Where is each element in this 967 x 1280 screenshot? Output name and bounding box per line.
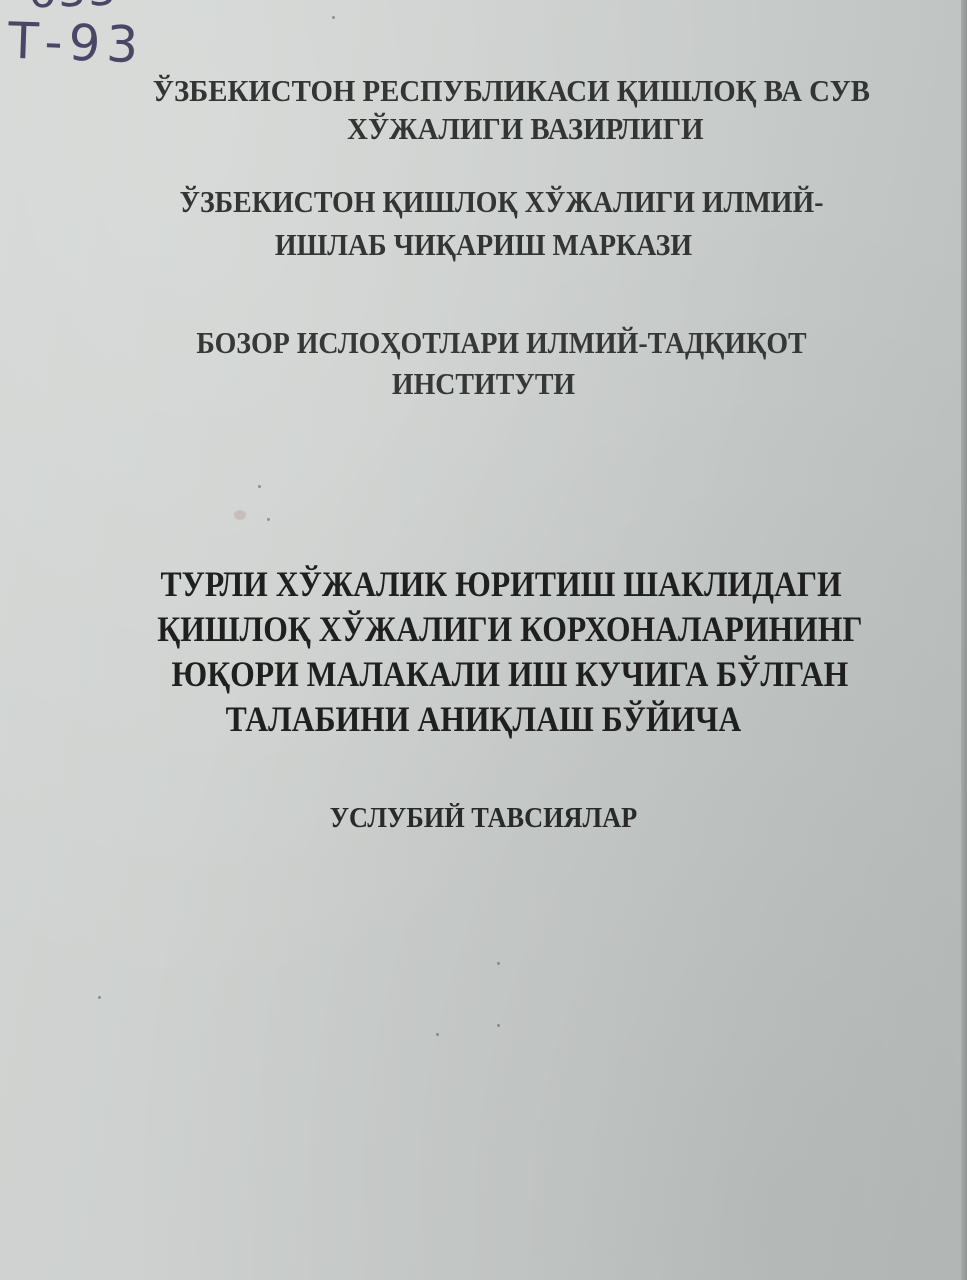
- center-line-1: ЎЗБЕКИСТОН ҚИШЛОҚ ХЎЖАЛИГИ ИЛМИЙ-: [48, 180, 918, 223]
- title-line-3: ЮҚОРИ МАЛАКАЛИ ИШ КУЧИГА БЎЛГАН: [58, 652, 909, 697]
- document-subtitle: УСЛУБИЙ ТАВСИЯЛАР: [29, 802, 938, 836]
- page-edge-shadow: [961, 0, 967, 1280]
- paper-speck: [258, 485, 261, 488]
- institute-line-2: ИНСТИТУТИ: [48, 363, 918, 404]
- ministry-heading: ЎЗБЕКИСТОН РЕСПУБЛИКАСИ ҚИШЛОҚ ВА СУВ ХЎ…: [34, 72, 933, 148]
- center-heading: ЎЗБЕКИСТОН ҚИШЛОҚ ХЎЖАЛИГИ ИЛМИЙ- ИШЛАБ …: [48, 180, 918, 266]
- title-line-4: ТАЛАБИНИ АНИҚЛАШ БЎЙИЧА: [58, 697, 909, 742]
- title-line-2: ҚИШЛОҚ ХЎЖАЛИГИ КОРХОНАЛАРИНИНГ: [58, 607, 909, 652]
- center-line-2: ИШЛАБ ЧИҚАРИШ МАРКАЗИ: [48, 223, 918, 266]
- handwritten-catalog-code: Т-93: [7, 12, 145, 75]
- paper-speck: [436, 1033, 439, 1036]
- paper-speck: [98, 996, 101, 999]
- subtitle-text: УСЛУБИЙ ТАВСИЯЛАР: [29, 802, 938, 836]
- ministry-line-2: ХЎЖАЛИГИ ВАЗИРЛИГИ: [34, 110, 933, 148]
- paper-speck: [267, 518, 270, 521]
- ministry-line-1: ЎЗБЕКИСТОН РЕСПУБЛИКАСИ ҚИШЛОҚ ВА СУВ: [34, 72, 933, 110]
- document-title: ТУРЛИ ХЎЖАЛИК ЮРИТИШ ШАКЛИДАГИ ҚИШЛОҚ ХЎ…: [58, 562, 909, 742]
- paper-speck: [497, 1024, 500, 1027]
- paper-speck: [332, 16, 335, 19]
- paper-speck: [497, 962, 500, 965]
- institute-line-1: БОЗОР ИСЛОҲОТЛАРИ ИЛМИЙ-ТАДҚИҚОТ: [48, 322, 918, 363]
- paper-stain: [234, 510, 246, 520]
- institute-heading: БОЗОР ИСЛОҲОТЛАРИ ИЛМИЙ-ТАДҚИҚОТ ИНСТИТУ…: [48, 322, 918, 404]
- title-line-1: ТУРЛИ ХЎЖАЛИК ЮРИТИШ ШАКЛИДАГИ: [58, 562, 909, 607]
